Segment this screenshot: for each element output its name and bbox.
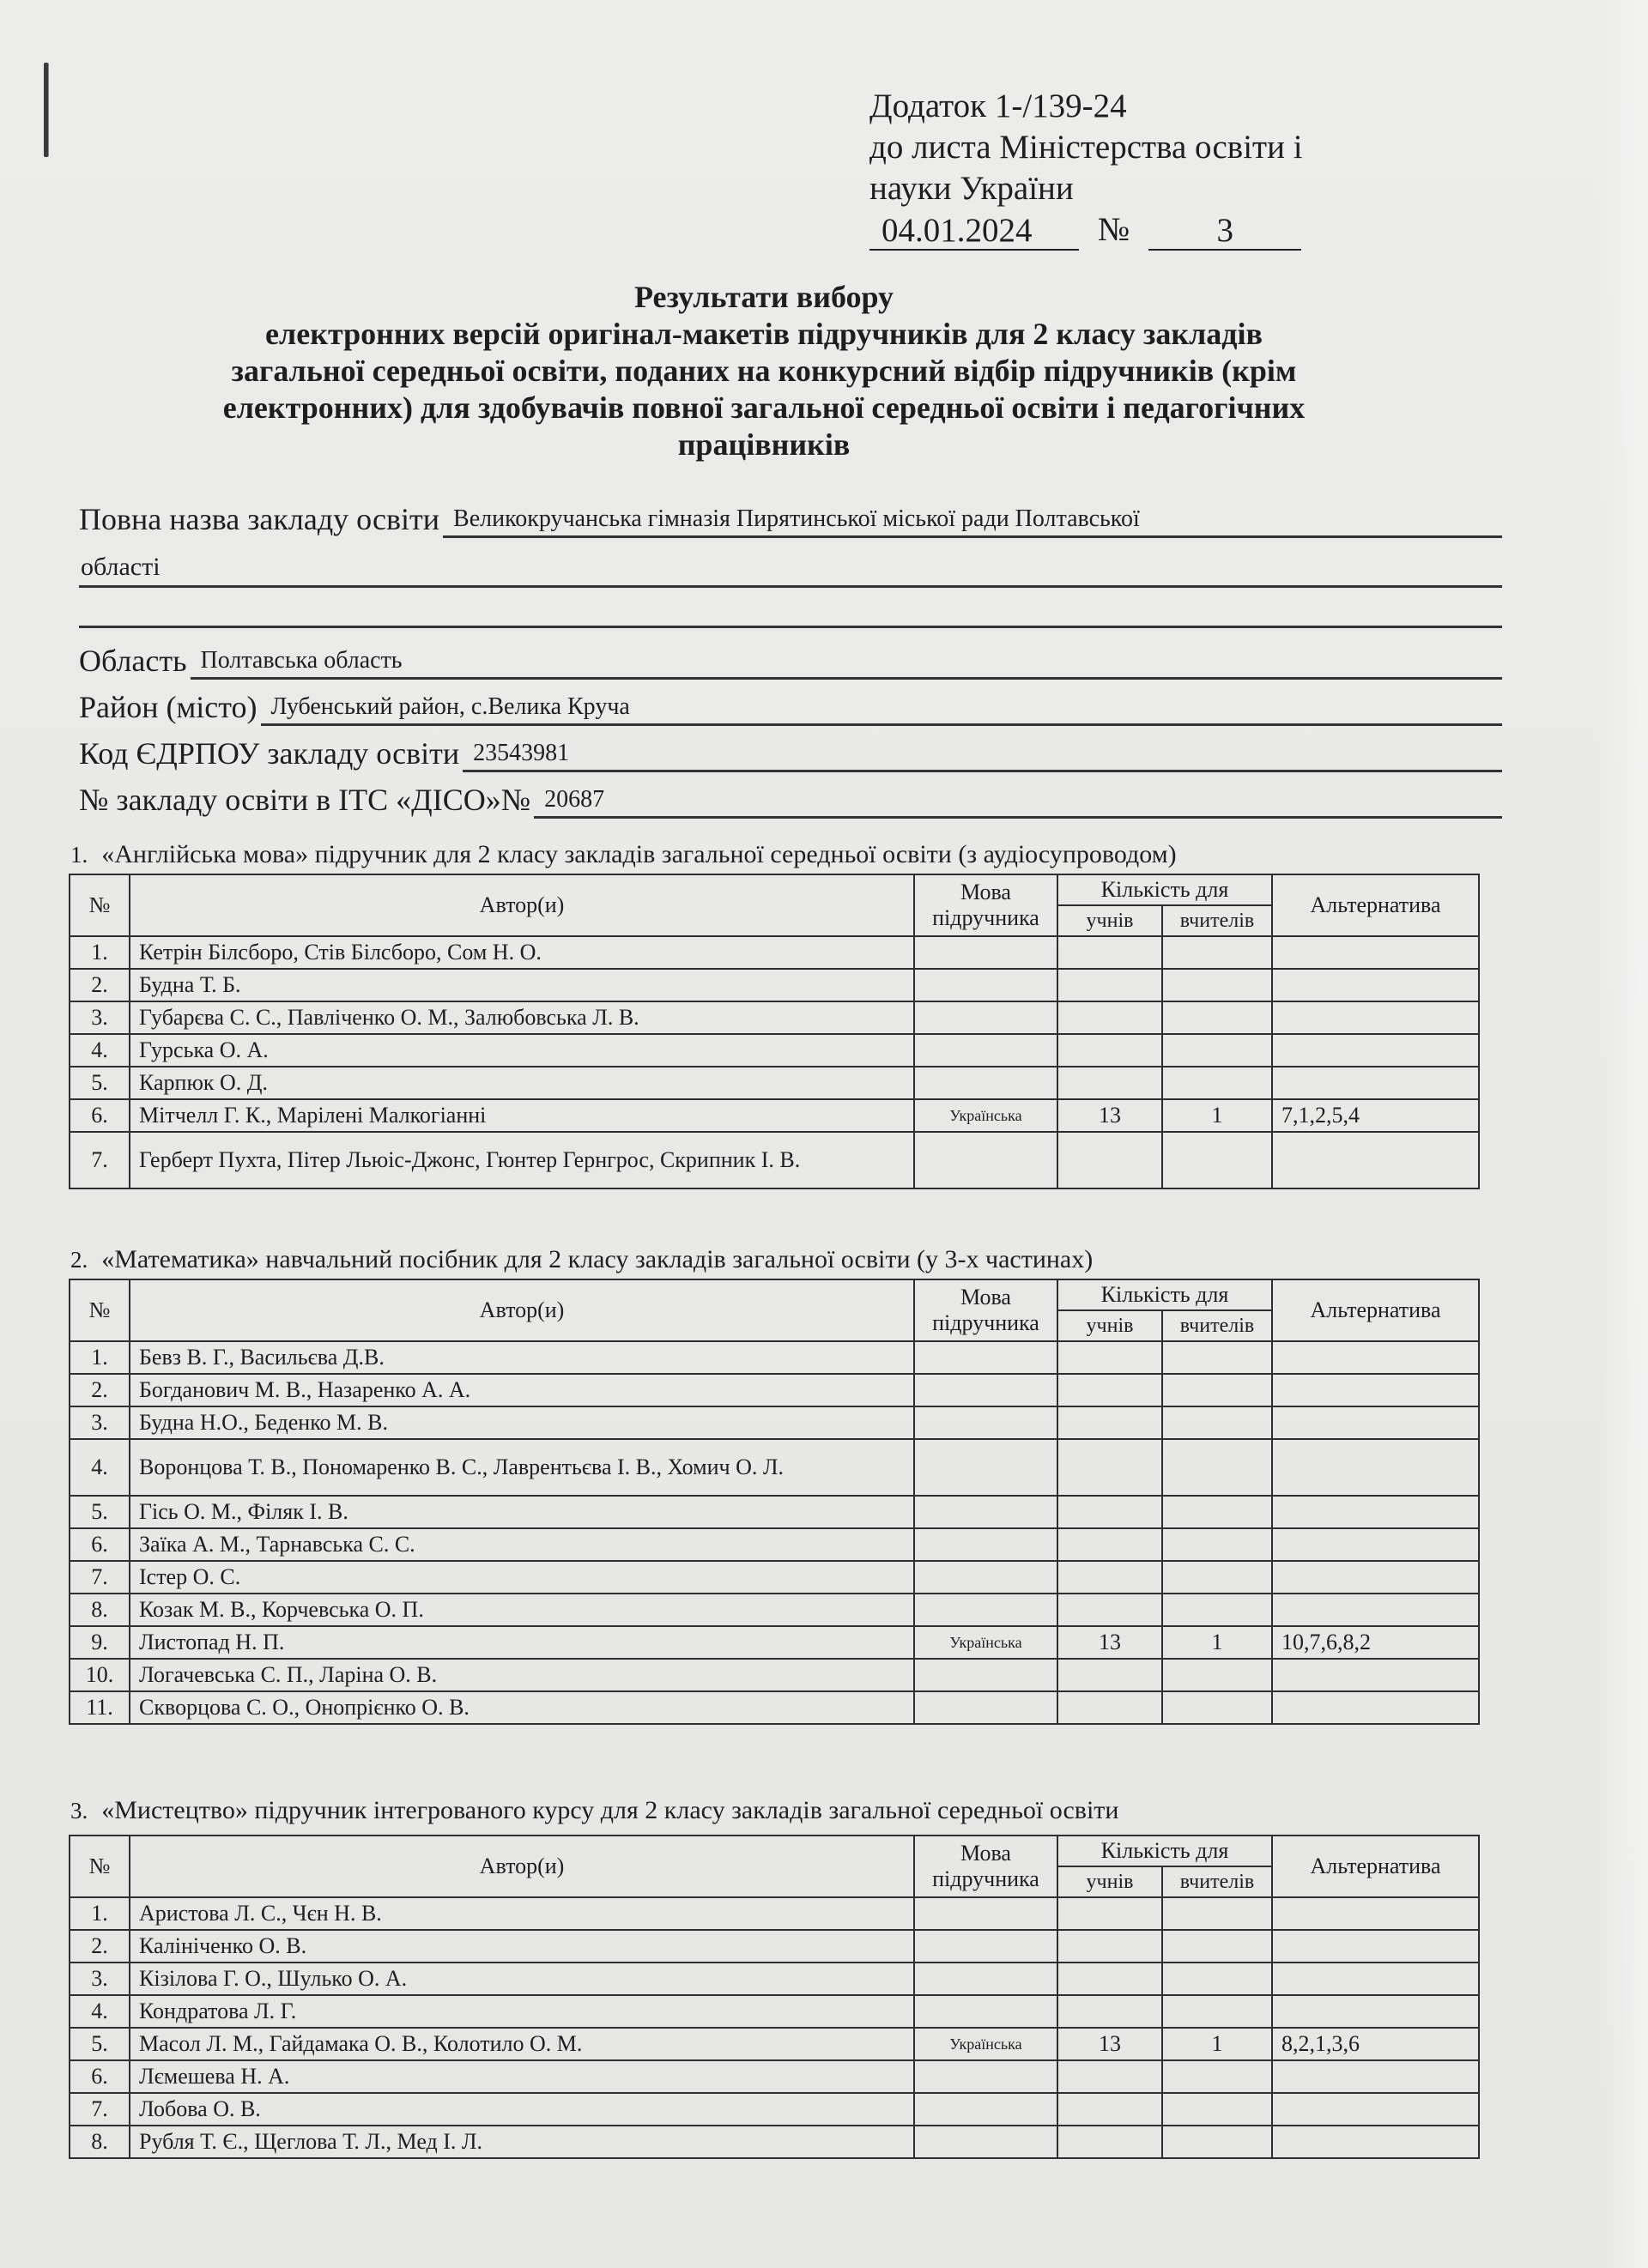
- row-language: [914, 1406, 1057, 1439]
- row-teachers: [1162, 1995, 1272, 2028]
- section-3-title: 3.«Мистецтво» підручник інтегрованого ку…: [70, 1793, 1118, 1828]
- row-alternative: [1272, 1963, 1479, 1995]
- row-alternative: [1272, 936, 1479, 969]
- district-field: Район (місто) Лубенський район, с.Велика…: [79, 688, 1502, 726]
- col-num: №: [70, 874, 130, 936]
- row-language: [914, 1496, 1057, 1528]
- region-field: Область Полтавська область: [79, 642, 1502, 680]
- row-language: Українська: [914, 2028, 1057, 2060]
- col-teachers: вчителів: [1162, 905, 1272, 936]
- table-row: 7.Істер О. С.: [70, 1561, 1479, 1594]
- row-alternative: [1272, 1341, 1479, 1374]
- diso-label: № закладу освіти в ІТС «ДІСО»№: [79, 781, 530, 819]
- row-number: 6.: [70, 1528, 130, 1561]
- row-language: [914, 1439, 1057, 1496]
- row-number: 4.: [70, 1439, 130, 1496]
- row-language: [914, 2060, 1057, 2093]
- title-line-2: електронних версій оригінал-макетів підр…: [86, 316, 1442, 353]
- col-num: №: [70, 1279, 130, 1341]
- row-teachers: [1162, 1691, 1272, 1724]
- row-number: 1.: [70, 936, 130, 969]
- row-number: 3.: [70, 1406, 130, 1439]
- row-number: 6.: [70, 2060, 130, 2093]
- table-row: 4.Кондратова Л. Г.: [70, 1995, 1479, 2028]
- col-alternative: Альтернатива: [1272, 1279, 1479, 1341]
- row-authors: Карпюк О. Д.: [130, 1067, 914, 1099]
- district-label: Район (місто): [79, 688, 257, 726]
- row-teachers: [1162, 2093, 1272, 2126]
- row-language: [914, 1691, 1057, 1724]
- row-authors: Масол Л. М., Гайдамака О. В., Колотило О…: [130, 2028, 914, 2060]
- table-row: 4.Гурська О. А.: [70, 1034, 1479, 1067]
- col-teachers: вчителів: [1162, 1866, 1272, 1897]
- row-teachers: [1162, 1067, 1272, 1099]
- underline: [79, 585, 1502, 588]
- table-row: 10.Логачевська С. П., Ларіна О. В.: [70, 1659, 1479, 1691]
- row-alternative: [1272, 1374, 1479, 1406]
- row-students: 13: [1057, 1626, 1162, 1659]
- row-authors: Аристова Л. С., Чєн Н. В.: [130, 1897, 914, 1930]
- row-language: [914, 1930, 1057, 1963]
- row-language: [914, 1034, 1057, 1067]
- table-row: 3.Губарєва С. С., Павліченко О. М., Залю…: [70, 1001, 1479, 1034]
- row-authors: Воронцова Т. В., Пономаренко В. С., Лавр…: [130, 1439, 914, 1496]
- row-language: [914, 1374, 1057, 1406]
- table-row: 9.Листопад Н. П.Українська13110,7,6,8,2: [70, 1626, 1479, 1659]
- row-teachers: [1162, 1034, 1272, 1067]
- row-authors: Скворцова С. О., Онопрієнко О. В.: [130, 1691, 914, 1724]
- row-authors: Кондратова Л. Г.: [130, 1995, 914, 2028]
- row-language: Українська: [914, 1099, 1057, 1132]
- table-row: 1.Кетрін Білсборо, Стів Білсборо, Сом Н.…: [70, 936, 1479, 969]
- table-row: 1.Бевз В. Г., Васильєва Д.В.: [70, 1341, 1479, 1374]
- col-language: Мовапідручника: [914, 1279, 1057, 1341]
- row-number: 10.: [70, 1659, 130, 1691]
- row-authors: Листопад Н. П.: [130, 1626, 914, 1659]
- row-authors: Губарєва С. С., Павліченко О. М., Залюбо…: [130, 1001, 914, 1034]
- col-alternative: Альтернатива: [1272, 1836, 1479, 1897]
- row-teachers: 1: [1162, 1626, 1272, 1659]
- row-alternative: [1272, 1067, 1479, 1099]
- row-alternative: [1272, 2093, 1479, 2126]
- row-authors: Будна Н.О., Беденко М. В.: [130, 1406, 914, 1439]
- title-line-5: працівників: [86, 426, 1442, 463]
- table-row: 2.Богданович М. В., Назаренко А. А.: [70, 1374, 1479, 1406]
- title-line-3: загальної середньої освіти, поданих на к…: [86, 353, 1442, 390]
- title-line-4: електронних) для здобувачів повної загал…: [86, 390, 1442, 426]
- row-authors: Гурська О. А.: [130, 1034, 914, 1067]
- row-teachers: [1162, 1439, 1272, 1496]
- row-teachers: [1162, 1496, 1272, 1528]
- row-students: [1057, 1691, 1162, 1724]
- col-num: №: [70, 1836, 130, 1897]
- row-alternative: 10,7,6,8,2: [1272, 1626, 1479, 1659]
- row-alternative: [1272, 1594, 1479, 1626]
- scanned-page: Додаток 1-/139-24 до листа Міністерства …: [0, 0, 1648, 2268]
- row-language: [914, 1963, 1057, 1995]
- annex-date-line: 04.01.2024 № 3: [869, 209, 1303, 251]
- col-students: учнів: [1057, 1866, 1162, 1897]
- annex-line-3: науки України: [869, 168, 1303, 209]
- region-value: Полтавська область: [191, 644, 1503, 680]
- row-students: [1057, 2093, 1162, 2126]
- edrpou-field: Код ЄДРПОУ закладу освіти 23543981: [79, 735, 1502, 772]
- row-students: [1057, 1897, 1162, 1930]
- annex-line-2: до листа Міністерства освіти і: [869, 127, 1303, 168]
- table-row: 7.Герберт Пухта, Пітер Льюіс-Джонс, Гюнт…: [70, 1132, 1479, 1188]
- row-students: [1057, 1594, 1162, 1626]
- row-students: [1057, 1496, 1162, 1528]
- row-students: [1057, 1995, 1162, 2028]
- row-language: [914, 1594, 1057, 1626]
- row-language: [914, 1659, 1057, 1691]
- table-row: 5.Масол Л. М., Гайдамака О. В., Колотило…: [70, 2028, 1479, 2060]
- row-number: 7.: [70, 1132, 130, 1188]
- row-number: 7.: [70, 1561, 130, 1594]
- row-teachers: [1162, 2060, 1272, 2093]
- table-row: 8.Козак М. В., Корчевська О. П.: [70, 1594, 1479, 1626]
- row-students: [1057, 1001, 1162, 1034]
- row-alternative: [1272, 1496, 1479, 1528]
- row-authors: Бевз В. Г., Васильєва Д.В.: [130, 1341, 914, 1374]
- row-teachers: [1162, 2126, 1272, 2158]
- table-row: 2.Калініченко О. В.: [70, 1930, 1479, 1963]
- table-row: 8.Рубля Т. Є., Щеглова Т. Л., Мед І. Л.: [70, 2126, 1479, 2158]
- row-teachers: 1: [1162, 1099, 1272, 1132]
- row-alternative: [1272, 1691, 1479, 1724]
- row-language: [914, 1897, 1057, 1930]
- row-alternative: [1272, 1132, 1479, 1188]
- row-authors: Логачевська С. П., Ларіна О. В.: [130, 1659, 914, 1691]
- section-2-table: №Автор(и)МовапідручникаКількість дляАльт…: [69, 1279, 1480, 1725]
- row-students: [1057, 1659, 1162, 1691]
- row-teachers: [1162, 1341, 1272, 1374]
- table-header-row: №Автор(и)МовапідручникаКількість дляАльт…: [70, 1836, 1479, 1866]
- row-number: 9.: [70, 1626, 130, 1659]
- row-alternative: [1272, 1897, 1479, 1930]
- col-teachers: вчителів: [1162, 1310, 1272, 1341]
- row-teachers: [1162, 1930, 1272, 1963]
- diso-field: № закладу освіти в ІТС «ДІСО»№ 20687: [79, 781, 1502, 819]
- row-alternative: [1272, 2060, 1479, 2093]
- row-language: [914, 2093, 1057, 2126]
- row-number: 1.: [70, 1341, 130, 1374]
- table-row: 3.Кізілова Г. О., Шулько О. А.: [70, 1963, 1479, 1995]
- col-quantity: Кількість для: [1057, 874, 1272, 905]
- row-number: 4.: [70, 1995, 130, 2028]
- row-authors: Калініченко О. В.: [130, 1930, 914, 1963]
- district-value: Лубенський район, с.Велика Круча: [261, 691, 1502, 726]
- annex-number: 3: [1148, 213, 1301, 251]
- row-students: [1057, 1034, 1162, 1067]
- row-teachers: [1162, 1528, 1272, 1561]
- row-alternative: [1272, 1995, 1479, 2028]
- row-language: [914, 1561, 1057, 1594]
- row-students: [1057, 1439, 1162, 1496]
- col-authors: Автор(и): [130, 874, 914, 936]
- col-authors: Автор(и): [130, 1836, 914, 1897]
- row-students: [1057, 1528, 1162, 1561]
- row-language: [914, 1001, 1057, 1034]
- row-students: [1057, 2126, 1162, 2158]
- row-number: 3.: [70, 1963, 130, 1995]
- row-students: [1057, 1406, 1162, 1439]
- title-line-1: Результати вибору: [86, 279, 1442, 316]
- region-label: Область: [79, 642, 187, 680]
- table-row: 1.Аристова Л. С., Чєн Н. В.: [70, 1897, 1479, 1930]
- row-authors: Козак М. В., Корчевська О. П.: [130, 1594, 914, 1626]
- edrpou-label: Код ЄДРПОУ закладу освіти: [79, 735, 459, 772]
- table-row: 6.Мітчелл Г. К., Марілені МалкогіанніУкр…: [70, 1099, 1479, 1132]
- table-row: 3.Будна Н.О., Беденко М. В.: [70, 1406, 1479, 1439]
- row-students: [1057, 969, 1162, 1001]
- row-alternative: [1272, 1439, 1479, 1496]
- row-students: [1057, 1132, 1162, 1188]
- table-row: 6.Заїка А. М., Тарнавська С. С.: [70, 1528, 1479, 1561]
- table-row: 4.Воронцова Т. В., Пономаренко В. С., Ла…: [70, 1439, 1479, 1496]
- row-language: [914, 969, 1057, 1001]
- table-header-row: №Автор(и)МовапідручникаКількість дляАльт…: [70, 874, 1479, 905]
- row-teachers: [1162, 1561, 1272, 1594]
- row-number: 5.: [70, 2028, 130, 2060]
- row-alternative: [1272, 1528, 1479, 1561]
- row-language: Українська: [914, 1626, 1057, 1659]
- annex-header: Додаток 1-/139-24 до листа Міністерства …: [869, 86, 1303, 251]
- row-number: 4.: [70, 1034, 130, 1067]
- row-authors: Герберт Пухта, Пітер Льюіс-Джонс, Гюнтер…: [130, 1132, 914, 1188]
- row-alternative: [1272, 1930, 1479, 1963]
- section-2-title: 2.«Математика» навчальний посібник для 2…: [70, 1243, 1093, 1277]
- row-number: 8.: [70, 2126, 130, 2158]
- table-row: 2.Будна Т. Б.: [70, 969, 1479, 1001]
- row-alternative: [1272, 2126, 1479, 2158]
- row-number: 1.: [70, 1897, 130, 1930]
- col-students: учнів: [1057, 905, 1162, 936]
- row-teachers: [1162, 936, 1272, 969]
- col-language: Мовапідручника: [914, 1836, 1057, 1897]
- table-row: 5.Гісь О. М., Філяк І. В.: [70, 1496, 1479, 1528]
- table-row: 6.Лємешева Н. А.: [70, 2060, 1479, 2093]
- row-teachers: 1: [1162, 2028, 1272, 2060]
- row-alternative: [1272, 1034, 1479, 1067]
- row-authors: Рубля Т. Є., Щеглова Т. Л., Мед І. Л.: [130, 2126, 914, 2158]
- row-alternative: [1272, 1001, 1479, 1034]
- row-alternative: 7,1,2,5,4: [1272, 1099, 1479, 1132]
- row-students: [1057, 936, 1162, 969]
- document-title: Результати вибору електронних версій ори…: [86, 279, 1442, 463]
- row-teachers: [1162, 1374, 1272, 1406]
- row-alternative: 8,2,1,3,6: [1272, 2028, 1479, 2060]
- row-authors: Мітчелл Г. К., Марілені Малкогіанні: [130, 1099, 914, 1132]
- row-authors: Лобова О. В.: [130, 2093, 914, 2126]
- row-language: [914, 2126, 1057, 2158]
- col-alternative: Альтернатива: [1272, 874, 1479, 936]
- row-authors: Гісь О. М., Філяк І. В.: [130, 1496, 914, 1528]
- row-language: [914, 936, 1057, 969]
- row-teachers: [1162, 1132, 1272, 1188]
- page-edge: [1596, 0, 1648, 2268]
- table-row: 5.Карпюк О. Д.: [70, 1067, 1479, 1099]
- row-number: 11.: [70, 1691, 130, 1724]
- row-teachers: [1162, 1594, 1272, 1626]
- row-authors: Богданович М. В., Назаренко А. А.: [130, 1374, 914, 1406]
- row-alternative: [1272, 969, 1479, 1001]
- table-row: 11.Скворцова С. О., Онопрієнко О. В.: [70, 1691, 1479, 1724]
- col-authors: Автор(и): [130, 1279, 914, 1341]
- row-teachers: [1162, 1897, 1272, 1930]
- row-language: [914, 1995, 1057, 2028]
- row-number: 2.: [70, 969, 130, 1001]
- row-students: [1057, 1067, 1162, 1099]
- full-name-label: Повна назва закладу освіти: [79, 500, 439, 538]
- row-students: [1057, 1963, 1162, 1995]
- row-language: [914, 1341, 1057, 1374]
- row-authors: Кізілова Г. О., Шулько О. А.: [130, 1963, 914, 1995]
- section-1-title: 1.«Англійська мова» підручник для 2 клас…: [70, 838, 1177, 872]
- row-students: [1057, 1930, 1162, 1963]
- row-authors: Лємешева Н. А.: [130, 2060, 914, 2093]
- row-number: 2.: [70, 1374, 130, 1406]
- edrpou-value: 23543981: [463, 737, 1502, 772]
- row-students: 13: [1057, 2028, 1162, 2060]
- row-students: [1057, 1374, 1162, 1406]
- full-name-value-cont: області: [81, 550, 161, 584]
- row-number: 8.: [70, 1594, 130, 1626]
- row-teachers: [1162, 1963, 1272, 1995]
- row-number: 6.: [70, 1099, 130, 1132]
- row-teachers: [1162, 969, 1272, 1001]
- full-name-field: Повна назва закладу освіти Великокручанс…: [79, 500, 1502, 538]
- row-alternative: [1272, 1406, 1479, 1439]
- diso-value: 20687: [534, 783, 1502, 819]
- row-alternative: [1272, 1659, 1479, 1691]
- col-students: учнів: [1057, 1310, 1162, 1341]
- row-teachers: [1162, 1406, 1272, 1439]
- row-number: 3.: [70, 1001, 130, 1034]
- col-quantity: Кількість для: [1057, 1279, 1272, 1310]
- row-teachers: [1162, 1659, 1272, 1691]
- row-authors: Істер О. С.: [130, 1561, 914, 1594]
- col-language: Мовапідручника: [914, 874, 1057, 936]
- row-authors: Будна Т. Б.: [130, 969, 914, 1001]
- row-students: [1057, 1561, 1162, 1594]
- table-header-row: №Автор(и)МовапідручникаКількість дляАльт…: [70, 1279, 1479, 1310]
- row-language: [914, 1132, 1057, 1188]
- annex-number-sign: №: [1098, 209, 1130, 251]
- row-number: 2.: [70, 1930, 130, 1963]
- row-authors: Кетрін Білсборо, Стів Білсборо, Сом Н. О…: [130, 936, 914, 969]
- row-number: 5.: [70, 1067, 130, 1099]
- row-teachers: [1162, 1001, 1272, 1034]
- table-row: 7.Лобова О. В.: [70, 2093, 1479, 2126]
- annex-date: 04.01.2024: [869, 213, 1079, 251]
- row-authors: Заїка А. М., Тарнавська С. С.: [130, 1528, 914, 1561]
- full-name-value: Великокручанська гімназія Пирятинської м…: [443, 503, 1502, 538]
- col-quantity: Кількість для: [1057, 1836, 1272, 1866]
- row-number: 7.: [70, 2093, 130, 2126]
- row-students: [1057, 2060, 1162, 2093]
- section-1-table: №Автор(и)МовапідручникаКількість дляАльт…: [69, 874, 1480, 1189]
- row-students: [1057, 1341, 1162, 1374]
- underline: [79, 626, 1502, 628]
- row-language: [914, 1067, 1057, 1099]
- row-students: 13: [1057, 1099, 1162, 1132]
- row-number: 5.: [70, 1496, 130, 1528]
- annex-line-1: Додаток 1-/139-24: [869, 86, 1303, 127]
- section-3-table: №Автор(и)МовапідручникаКількість дляАльт…: [69, 1835, 1480, 2159]
- row-alternative: [1272, 1561, 1479, 1594]
- staple-mark: [44, 63, 48, 157]
- row-language: [914, 1528, 1057, 1561]
